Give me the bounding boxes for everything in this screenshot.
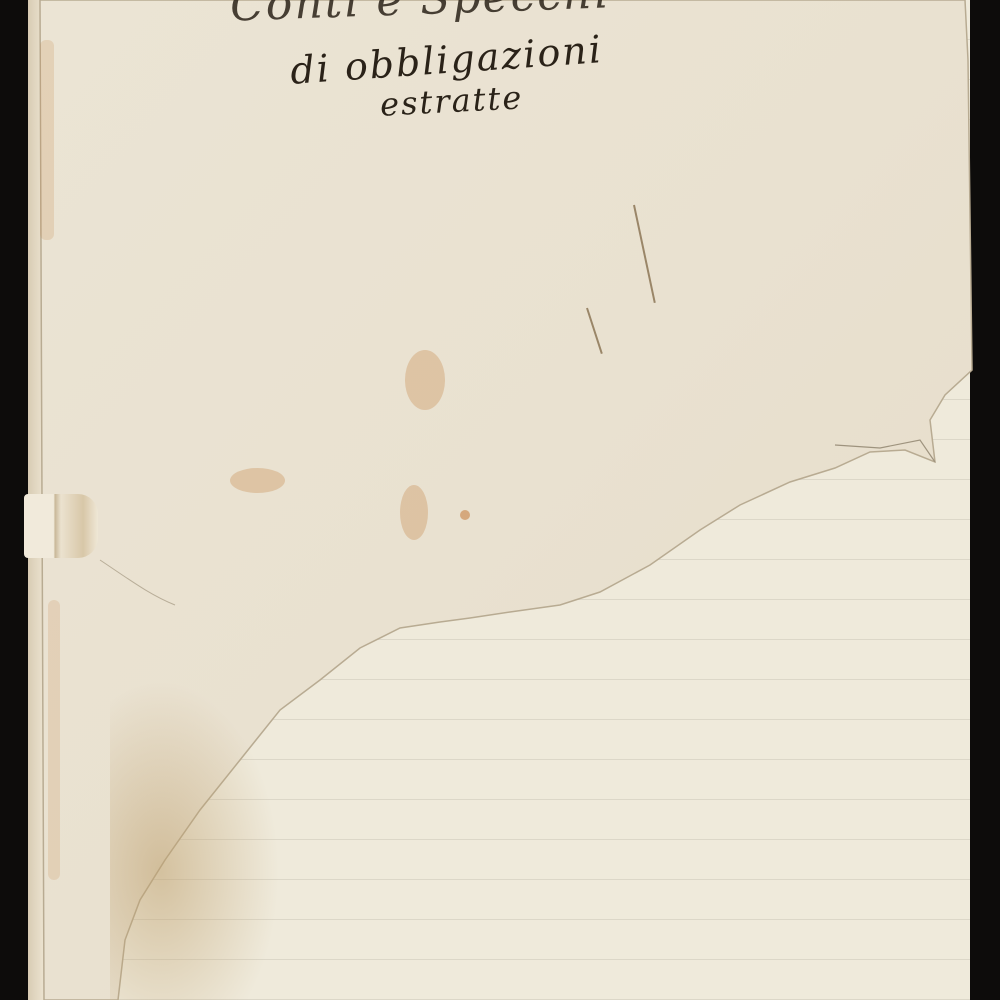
- foxing-stain: [48, 600, 60, 880]
- cover-sheet-shape: [0, 0, 1000, 1000]
- folded-tab: [24, 494, 98, 558]
- foxing-stain: [230, 468, 285, 493]
- title-line-3: estratte: [379, 78, 524, 123]
- foxing-stain: [460, 510, 470, 520]
- foxing-stain: [405, 350, 445, 410]
- torn-cover-sheet: Conti e Specchi di obbligazioni estratte: [0, 0, 1000, 1000]
- title-line-1: Conti e Specchi: [229, 0, 611, 32]
- foxing-stain: [400, 485, 428, 540]
- handwritten-title: Conti e Specchi di obbligazioni estratte: [0, 0, 1000, 130]
- document-scan: Conti e Specchi di obbligazioni estratte: [0, 0, 1000, 1000]
